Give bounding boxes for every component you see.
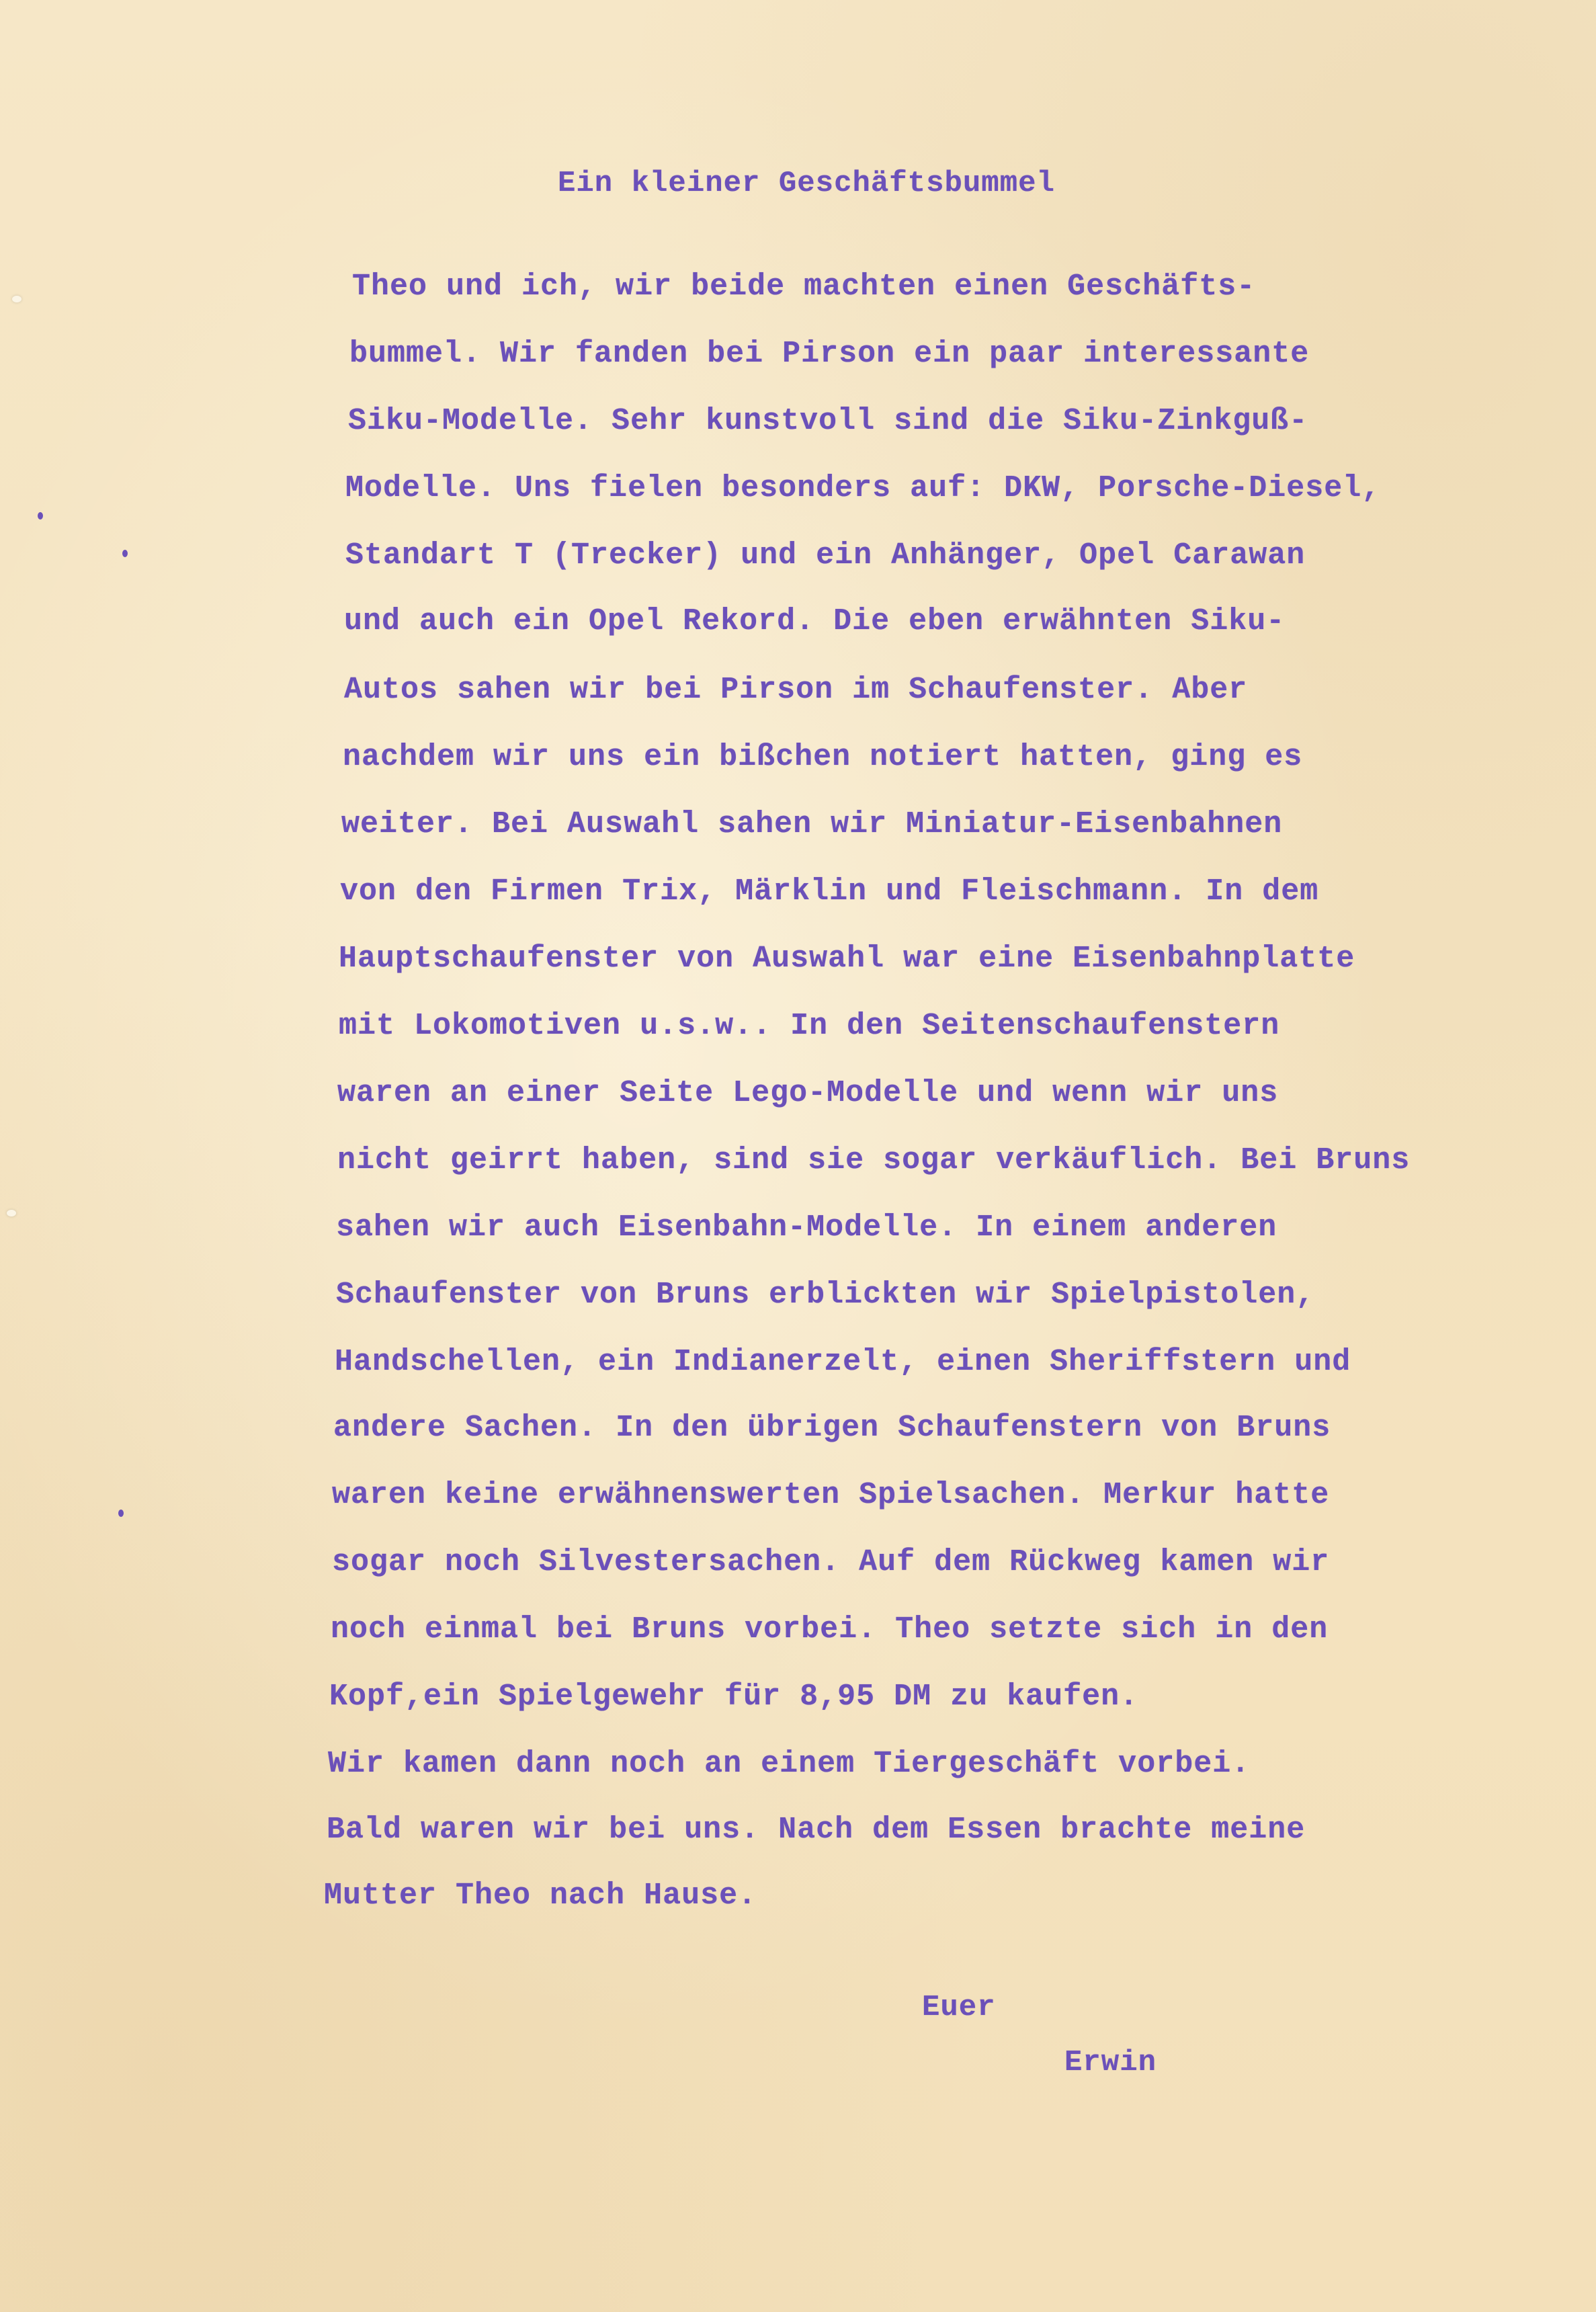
ink-speck — [118, 1510, 124, 1517]
body-line: nicht geirrt haben, sind sie sogar verkä… — [337, 1145, 1410, 1175]
body-line: Modelle. Uns fielen besonders auf: DKW, … — [345, 473, 1380, 503]
body-line: Theo und ich, wir beide machten einen Ge… — [352, 272, 1255, 302]
body-line: Siku-Modelle. Sehr kunstvoll sind die Si… — [348, 406, 1308, 436]
body-line: Bald waren wir bei uns. Nach dem Essen b… — [327, 1815, 1305, 1845]
ink-speck — [38, 512, 43, 520]
ink-speck — [122, 550, 128, 557]
body-line: nachdem wir uns ein bißchen notiert hatt… — [343, 742, 1302, 772]
body-line: waren keine erwähnenswerten Spielsachen.… — [332, 1480, 1329, 1510]
body-line: weiter. Bei Auswahl sahen wir Miniatur-E… — [341, 809, 1282, 839]
body-line: Standart T (Trecker) und ein Anhänger, O… — [345, 540, 1305, 571]
body-line: Kopf,ein Spielgewehr für 8,95 DM zu kauf… — [329, 1682, 1138, 1712]
body-line: und auch ein Opel Rekord. Die eben erwäh… — [344, 606, 1285, 636]
letter-signature: Erwin — [1064, 2046, 1157, 2079]
body-line: noch einmal bei Bruns vorbei. Theo setzt… — [331, 1614, 1328, 1645]
document-title: Ein kleiner Geschäftsbummel — [558, 167, 1055, 200]
body-line: waren an einer Seite Lego-Modelle und we… — [337, 1078, 1278, 1108]
body-line: sogar noch Silvestersachen. Auf dem Rück… — [332, 1547, 1329, 1577]
body-line: von den Firmen Trix, Märklin und Fleisch… — [340, 876, 1318, 907]
body-line: bummel. Wir fanden bei Pirson ein paar i… — [349, 339, 1309, 369]
paper-blemish — [7, 1210, 16, 1216]
body-line: Autos sahen wir bei Pirson im Schaufenst… — [344, 675, 1247, 705]
letter-closing: Euer — [922, 1991, 996, 2024]
paper-blemish — [12, 296, 22, 302]
body-line: Schaufenster von Bruns erblickten wir Sp… — [336, 1280, 1314, 1310]
typewritten-letter-page: Ein kleiner Geschäftsbummel Theo und ich… — [0, 0, 1596, 2312]
body-line: Wir kamen dann noch an einem Tiergeschäf… — [328, 1749, 1250, 1779]
body-line: Hauptschaufenster von Auswahl war eine E… — [339, 944, 1355, 974]
body-line: Handschellen, ein Indianerzelt, einen Sh… — [335, 1347, 1351, 1377]
body-line: andere Sachen. In den übrigen Schaufenst… — [333, 1413, 1331, 1443]
body-line: sahen wir auch Eisenbahn-Modelle. In ein… — [336, 1212, 1277, 1243]
body-line: Mutter Theo nach Hause. — [324, 1881, 757, 1911]
body-line: mit Lokomotiven u.s.w.. In den Seitensch… — [339, 1011, 1279, 1041]
